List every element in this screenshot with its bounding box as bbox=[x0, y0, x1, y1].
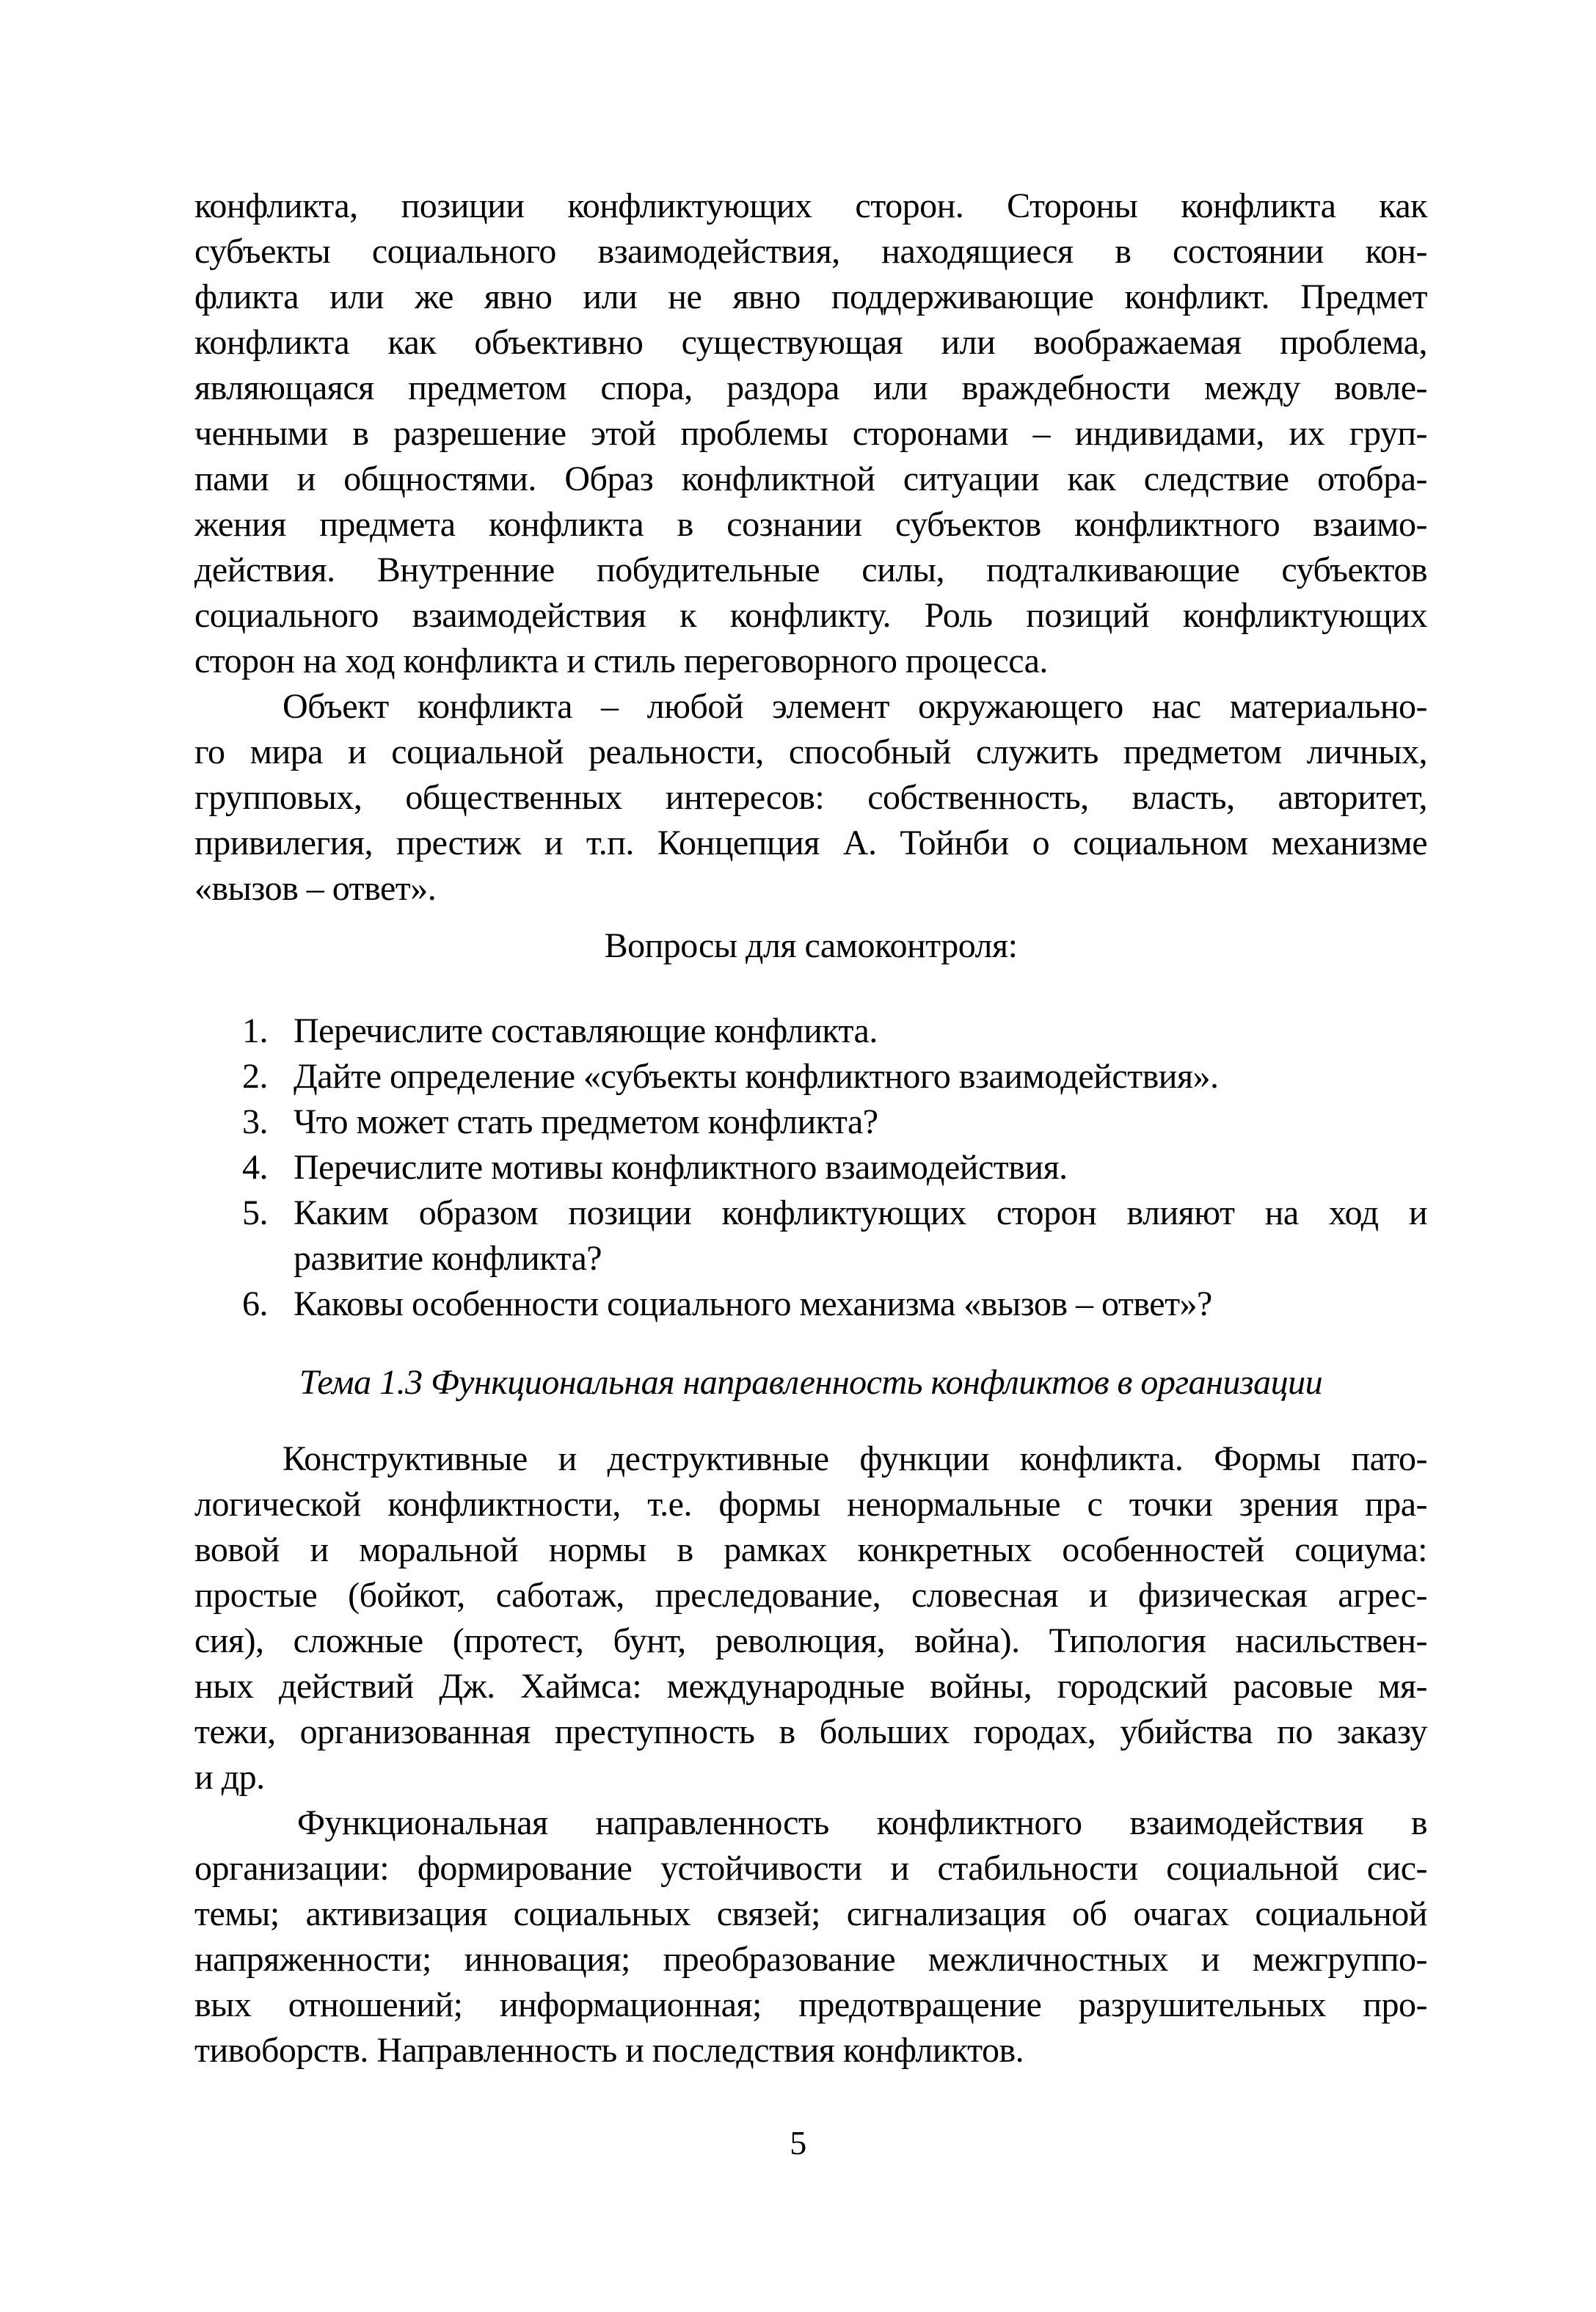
text-line: сторон на ход конфликта и стиль перегово… bbox=[194, 639, 1427, 684]
question-item: 3. Что может стать предметом конфликта? bbox=[194, 1099, 1427, 1145]
self-check-heading: Вопросы для самоконтроля: bbox=[194, 923, 1427, 969]
text-line: пами и общностями. Образ конфликтной сит… bbox=[194, 457, 1427, 502]
text-line: «вызов – ответ». bbox=[194, 866, 1427, 912]
text-line: фликта или же явно или не явно поддержив… bbox=[194, 275, 1427, 320]
text-line: субъекты социального взаимодействия, нах… bbox=[194, 229, 1427, 275]
text-line: развитие конфликта? bbox=[294, 1236, 1427, 1282]
question-number: 6. bbox=[242, 1282, 294, 1327]
text-line: Функциональная направленность конфликтно… bbox=[194, 1800, 1427, 1846]
text-line: тивоборств. Направленность и последствия… bbox=[194, 2028, 1427, 2073]
text-line: сия), сложные (протест, бунт, революция,… bbox=[194, 1618, 1427, 1664]
text-line: социального взаимодействия к конфликту. … bbox=[194, 593, 1427, 639]
text-block: конфликта, позиции конфликтующих сторон.… bbox=[194, 183, 1427, 2073]
topic-heading: Тема 1.3 Функциональная направленность к… bbox=[194, 1360, 1427, 1406]
question-text: Перечислите составляющие конфликта. bbox=[294, 1008, 1427, 1054]
question-text: Перечислите мотивы конфликтного взаимоде… bbox=[294, 1145, 1427, 1190]
text-line: Каким образом позиции конфликтующих стор… bbox=[294, 1190, 1427, 1236]
question-number: 1. bbox=[242, 1008, 294, 1054]
paragraph-functional-orientation: Функциональная направленность конфликтно… bbox=[194, 1800, 1427, 2073]
text-line: и др. bbox=[194, 1755, 1427, 1800]
question-text: Дайте определение «субъекты конфликтного… bbox=[294, 1054, 1427, 1099]
question-number: 5. bbox=[242, 1190, 294, 1236]
text-line: Перечислите мотивы конфликтного взаимоде… bbox=[294, 1145, 1427, 1190]
paragraph-carryover: конфликта, позиции конфликтующих сторон.… bbox=[194, 183, 1427, 684]
document-page: конфликта, позиции конфликтующих сторон.… bbox=[0, 0, 1596, 2312]
question-number: 3. bbox=[242, 1099, 294, 1145]
text-line: логической конфликтности, т.е. формы нен… bbox=[194, 1482, 1427, 1527]
text-line: ченными в разрешение этой проблемы сторо… bbox=[194, 411, 1427, 457]
question-number: 2. bbox=[242, 1054, 294, 1099]
text-line: являющаяся предметом спора, раздора или … bbox=[194, 366, 1427, 411]
text-line: го мира и социальной реальности, способн… bbox=[194, 730, 1427, 775]
question-item: 2. Дайте определение «субъекты конфликтн… bbox=[194, 1054, 1427, 1099]
text-line: тежи, организованная преступность в боль… bbox=[194, 1709, 1427, 1755]
question-text: Что может стать предметом конфликта? bbox=[294, 1099, 1427, 1145]
text-line: действия. Внутренние побудительные силы,… bbox=[194, 548, 1427, 593]
text-line: жения предмета конфликта в сознании субъ… bbox=[194, 502, 1427, 548]
question-text: Каковы особенности социального механизма… bbox=[294, 1282, 1427, 1327]
text-line: Дайте определение «субъекты конфликтного… bbox=[294, 1054, 1427, 1099]
text-line: организации: формирование устойчивости и… bbox=[194, 1846, 1427, 1891]
text-line: групповых, общественных интересов: собст… bbox=[194, 775, 1427, 821]
paragraph-object-of-conflict: Объект конфликта – любой элемент окружаю… bbox=[194, 684, 1427, 912]
text-line: простые (бойкот, саботаж, преследование,… bbox=[194, 1573, 1427, 1618]
self-check-question-list: 1. Перечислите составляющие конфликта. 2… bbox=[194, 1008, 1427, 1327]
text-line: вых отношений; информационная; предотвра… bbox=[194, 1982, 1427, 2028]
paragraph-functions-of-conflict: Конструктивные и деструктивные функции к… bbox=[194, 1436, 1427, 1800]
text-line: ных действий Дж. Хаймса: международные в… bbox=[194, 1664, 1427, 1709]
question-item: 4. Перечислите мотивы конфликтного взаим… bbox=[194, 1145, 1427, 1190]
text-line: Каковы особенности социального механизма… bbox=[294, 1282, 1427, 1327]
text-line: напряженности; инновация; преобразование… bbox=[194, 1937, 1427, 1982]
text-line: привилегия, престиж и т.п. Концепция А. … bbox=[194, 821, 1427, 866]
text-line: конфликта, позиции конфликтующих сторон.… bbox=[194, 183, 1427, 229]
question-number: 4. bbox=[242, 1145, 294, 1190]
page-number: 5 bbox=[0, 2121, 1596, 2165]
text-line: Что может стать предметом конфликта? bbox=[294, 1099, 1427, 1145]
question-item: 6. Каковы особенности социального механи… bbox=[194, 1282, 1427, 1327]
text-line: Конструктивные и деструктивные функции к… bbox=[194, 1436, 1427, 1482]
question-item: 5. Каким образом позиции конфликтующих с… bbox=[194, 1190, 1427, 1282]
text-line: конфликта как объективно существующая ил… bbox=[194, 320, 1427, 366]
text-line: вовой и моральной нормы в рамках конкрет… bbox=[194, 1527, 1427, 1573]
text-line: Перечислите составляющие конфликта. bbox=[294, 1008, 1427, 1054]
text-line: Объект конфликта – любой элемент окружаю… bbox=[194, 684, 1427, 730]
text-line: темы; активизация социальных связей; сиг… bbox=[194, 1891, 1427, 1937]
question-item: 1. Перечислите составляющие конфликта. bbox=[194, 1008, 1427, 1054]
question-text: Каким образом позиции конфликтующих стор… bbox=[294, 1190, 1427, 1282]
